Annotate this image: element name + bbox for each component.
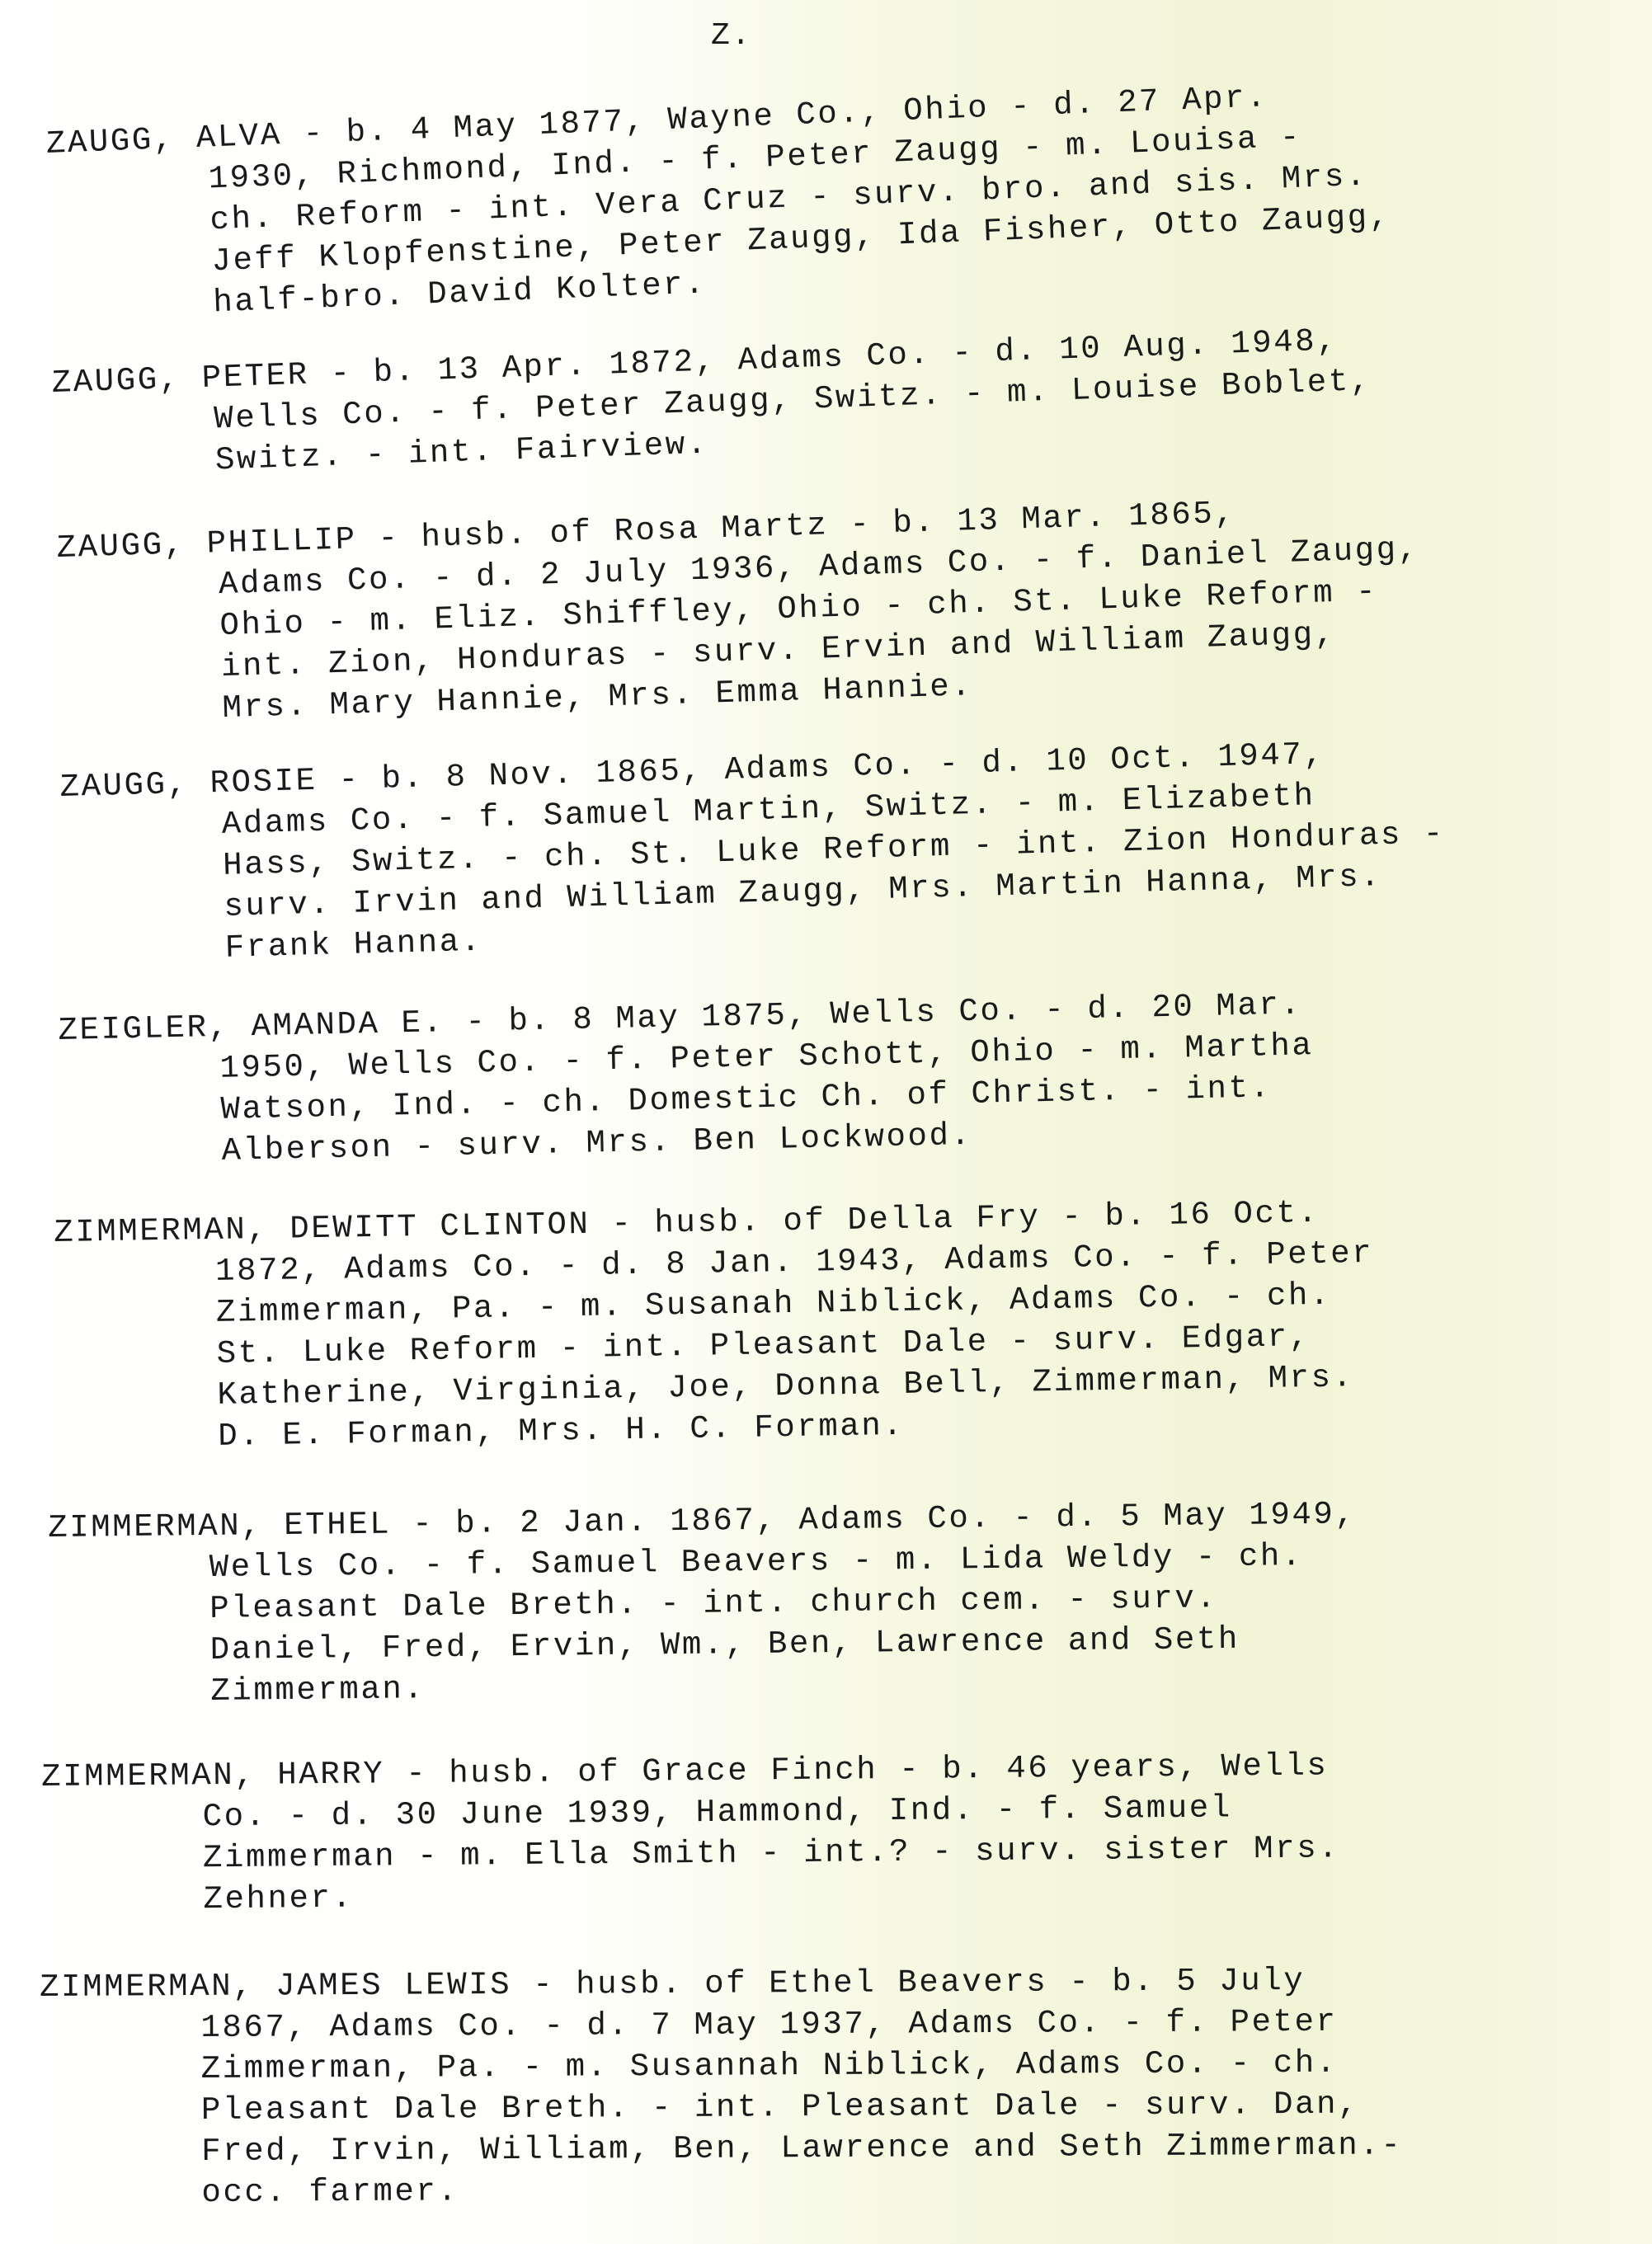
obituary-entry: ZAUGG, PHILLIP - husb. of Rosa Martz - b… <box>56 482 1612 734</box>
obituary-entry: ZIMMERMAN, ETHEL - b. 2 Jan. 1867, Adams… <box>48 1491 1601 1714</box>
obituary-entry: ZAUGG, PETER - b. 13 Apr. 1872, Adams Co… <box>51 312 1605 487</box>
obituary-entry: ZIMMERMAN, HARRY - husb. of Grace Finch … <box>41 1743 1593 1922</box>
obituary-entry: ZIMMERMAN, DEWITT CLINTON - husb. of Del… <box>54 1188 1607 1459</box>
entry-text-line: occ. farmer. <box>40 2165 1591 2214</box>
entry-text-line: Fred, Irvin, William, Ben, Lawrence and … <box>40 2124 1591 2173</box>
page-number: Z. <box>711 18 752 54</box>
obituary-entry: ZEIGLER, AMANDA E. - b. 8 May 1875, Well… <box>58 978 1612 1175</box>
obituary-entry: ZAUGG, ROSIE - b. 8 Nov. 1865, Adams Co.… <box>59 727 1615 973</box>
obituary-entry: ZAUGG, ALVA - b. 4 May 1877, Wayne Co., … <box>45 64 1603 330</box>
obituary-entry: ZIMMERMAN, JAMES LEWIS - husb. of Ethel … <box>40 1959 1592 2214</box>
